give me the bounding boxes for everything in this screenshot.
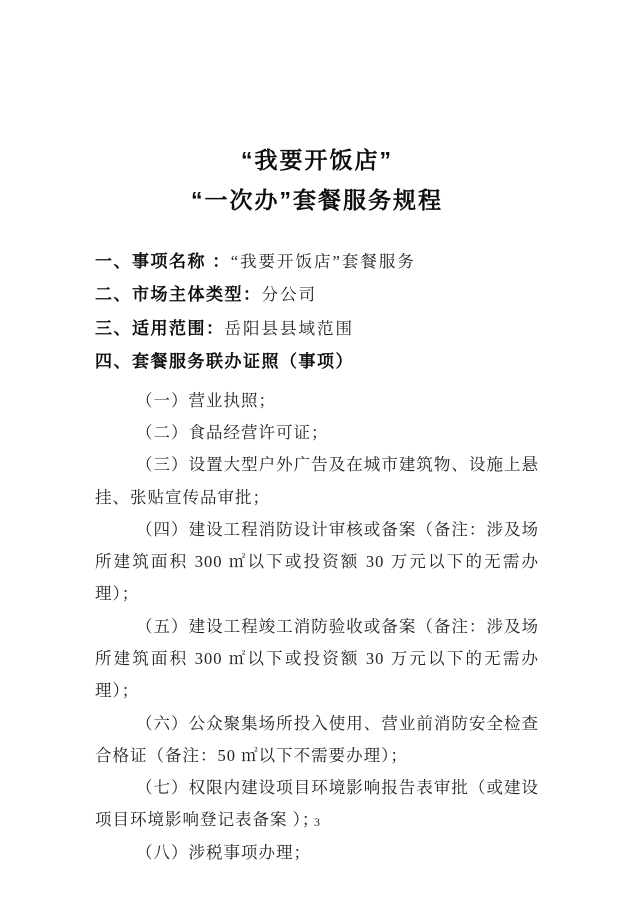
license-item-list: （一）营业执照； （二）食品经营许可证； （三）设置大型户外广告及在城市建筑物、… xyxy=(95,385,539,869)
section-value: 岳阳县县域范围 xyxy=(225,319,355,338)
list-item: （五）建设工程竣工消防验收或备案（备注：涉及场所建筑面积 300 ㎡以下或投资额… xyxy=(95,611,539,708)
section-value: “我要开饭店”套餐服务 xyxy=(231,252,416,271)
list-item: （六）公众聚集场所投入使用、营业前消防安全检查合格证（备注：50 ㎡以下不需要办… xyxy=(95,708,539,773)
list-item: （四）建设工程消防设计审核或备案（备注：涉及场所建筑面积 300 ㎡以下或投资额… xyxy=(95,514,539,611)
list-item: （八）涉税事项办理； xyxy=(95,837,539,869)
section-heading-list: 一、事项名称 ：“我要开饭店”套餐服务 二、市场主体类型：分公司 三、适用范围：… xyxy=(95,246,539,380)
section-label: 二、市场主体类型： xyxy=(95,285,262,304)
section-heading-item-name: 一、事项名称 ：“我要开饭店”套餐服务 xyxy=(95,246,539,279)
list-item: （二）食品经营许可证； xyxy=(95,417,539,449)
document-page: “我要开饭店” “一次办”套餐服务规程 一、事项名称 ：“我要开饭店”套餐服务 … xyxy=(0,0,634,898)
section-heading-joint-licenses: 四、套餐服务联办证照（事项） xyxy=(95,346,539,379)
document-title-line-2: “一次办”套餐服务规程 xyxy=(95,180,539,220)
section-heading-scope: 三、适用范围：岳阳县县域范围 xyxy=(95,313,539,346)
document-title-line-1: “我要开饭店” xyxy=(95,140,539,180)
section-heading-entity-type: 二、市场主体类型：分公司 xyxy=(95,279,539,312)
section-label: 四、套餐服务联办证照（事项） xyxy=(95,352,354,371)
list-item: （三）设置大型户外广告及在城市建筑物、设施上悬挂、张贴宣传品审批； xyxy=(95,449,539,514)
list-item: （一）营业执照； xyxy=(95,385,539,417)
section-label: 三、适用范围： xyxy=(95,319,225,338)
section-label: 一、事项名称 ： xyxy=(95,252,231,271)
page-number: 3 xyxy=(0,815,634,830)
section-value: 分公司 xyxy=(262,285,318,304)
document-content: “我要开饭店” “一次办”套餐服务规程 一、事项名称 ：“我要开饭店”套餐服务 … xyxy=(95,0,539,869)
document-title: “我要开饭店” “一次办”套餐服务规程 xyxy=(95,140,539,220)
